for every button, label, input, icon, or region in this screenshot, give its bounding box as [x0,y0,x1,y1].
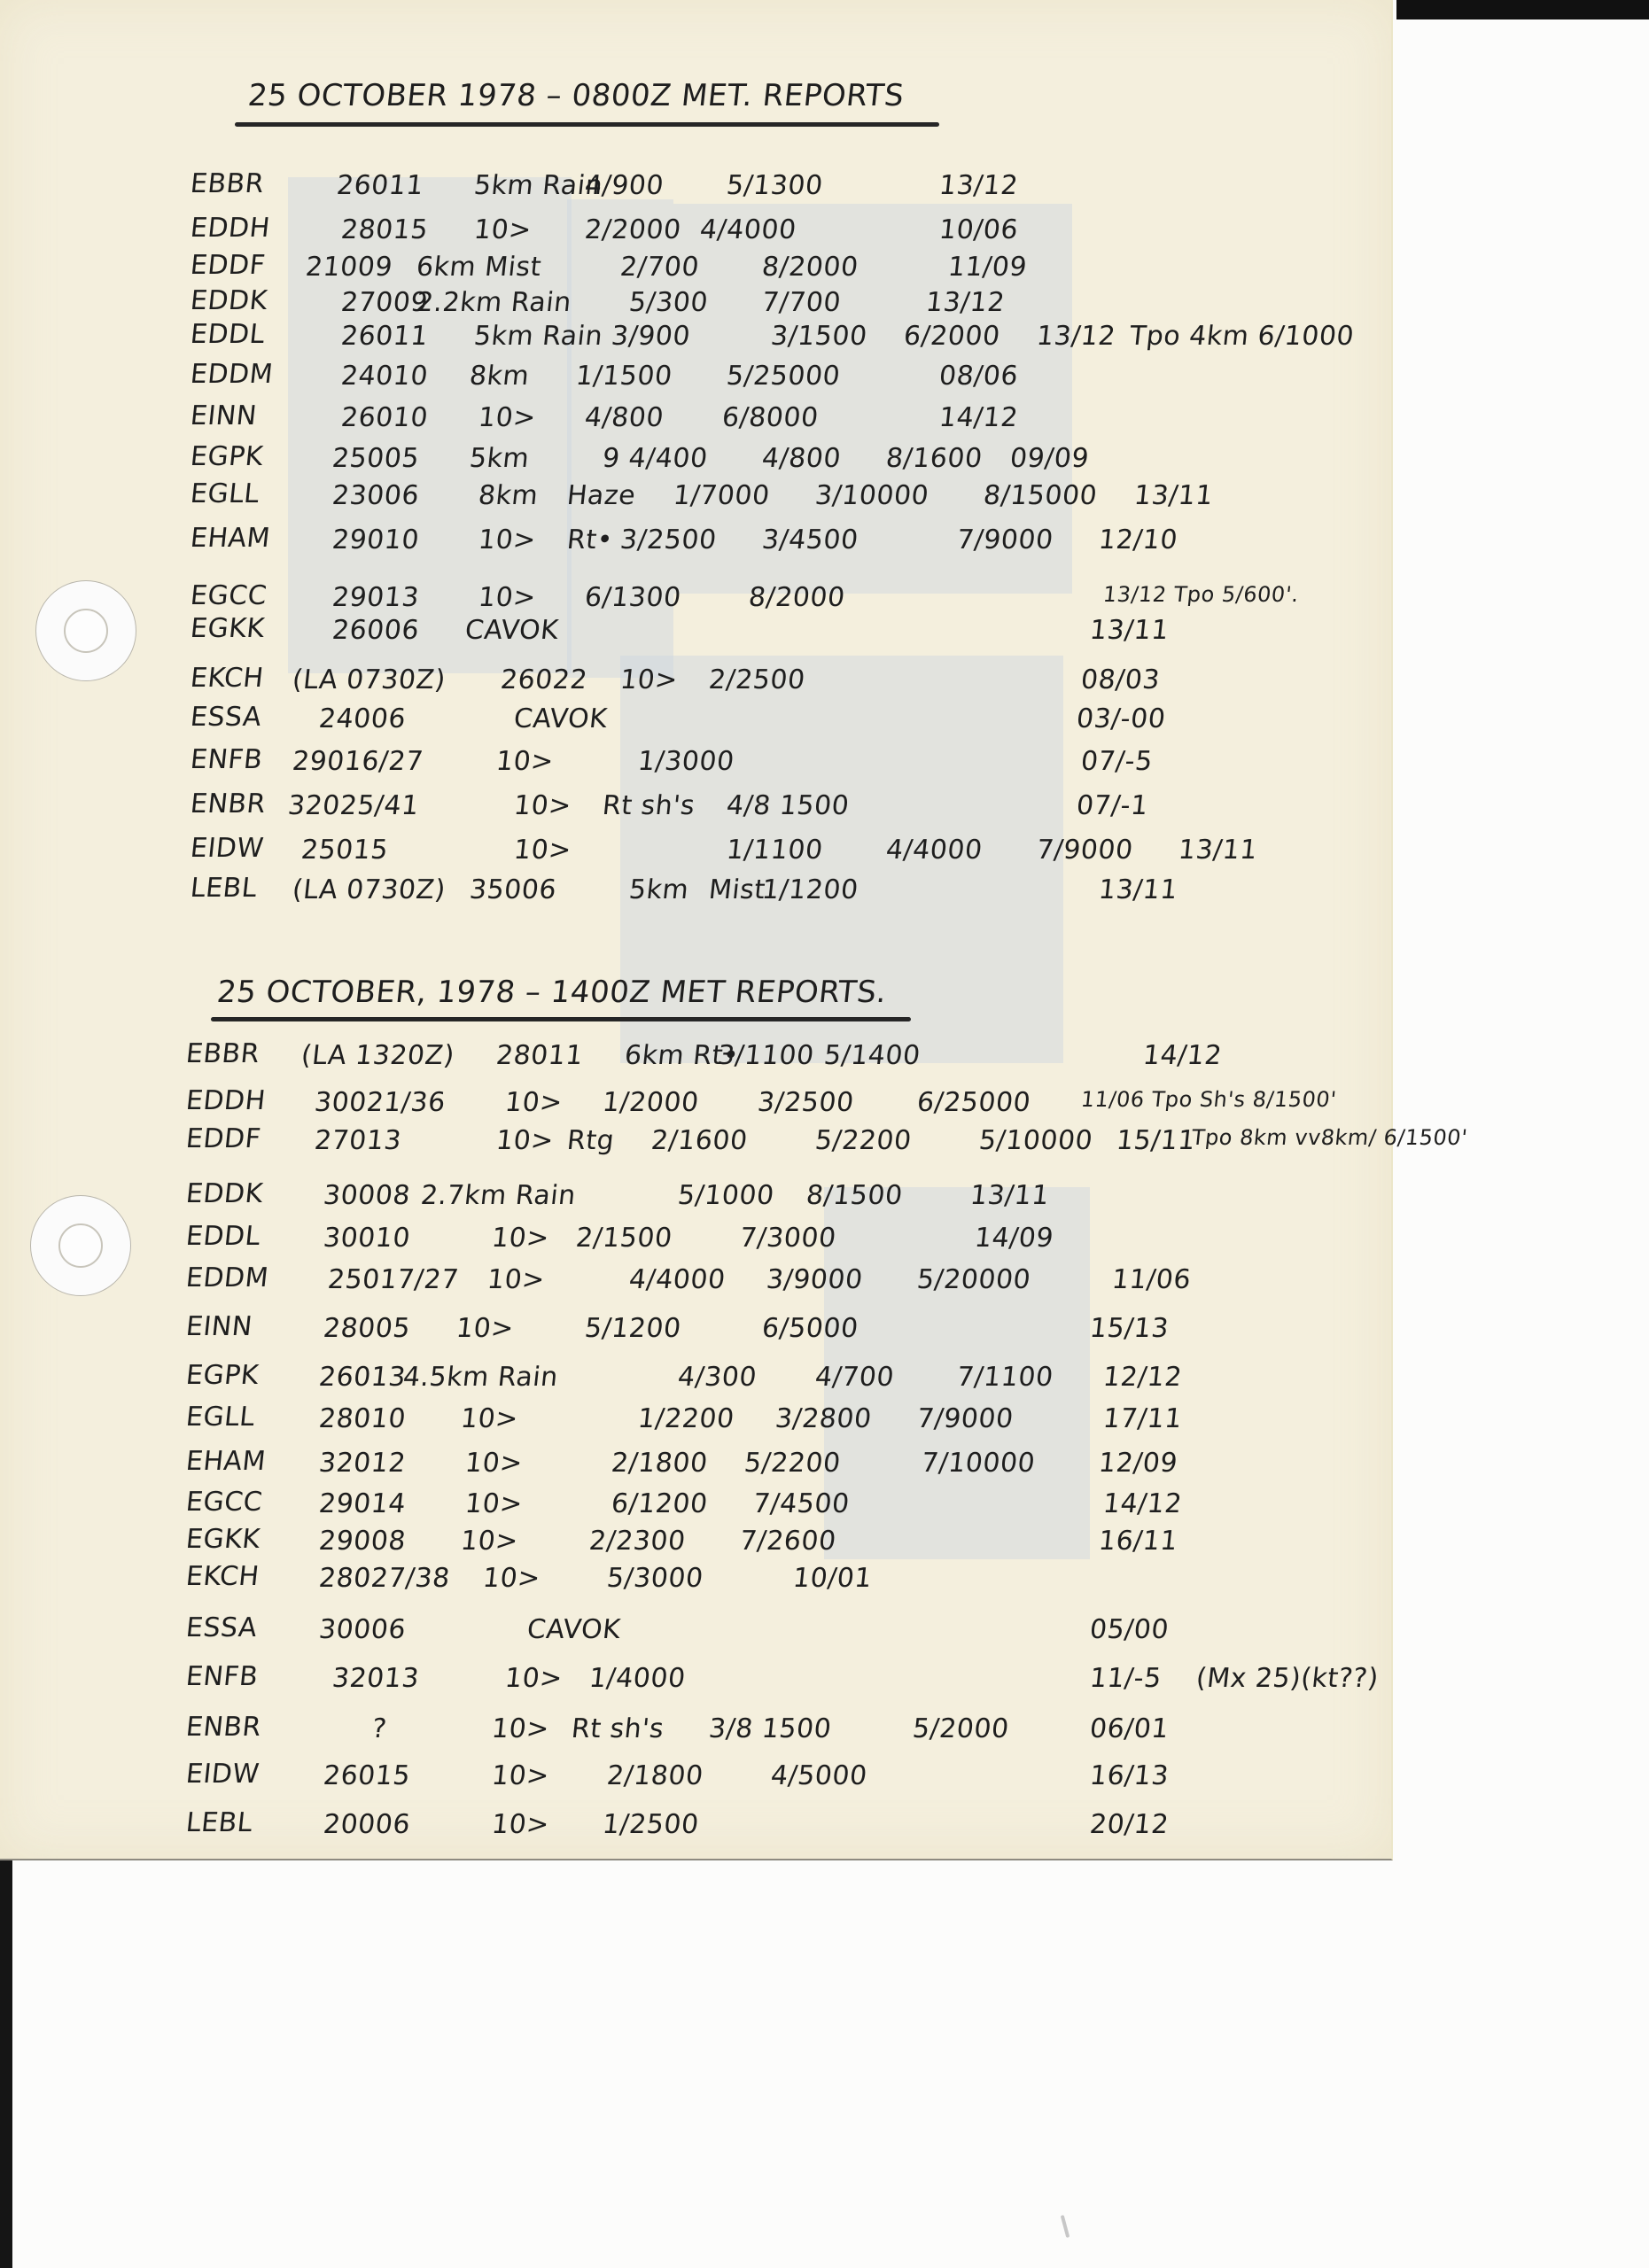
report-cell: 5/1000 [676,1180,775,1211]
report-cell: 17/11 [1101,1403,1184,1434]
station-code: EGLL [189,478,261,509]
report-cell: 06/01 [1088,1713,1171,1744]
station-code: EIDW [189,833,265,864]
station-code: EDDM [184,1262,270,1293]
report-cell: CAVOK [525,1614,622,1645]
report-cell: 11/06 Tpo Sh's 8/1500' [1080,1087,1338,1112]
report-cell: 7/4500 [751,1488,851,1519]
report-cell: 14/12 [1141,1040,1224,1071]
report-cell: Mist [707,874,766,905]
report-cell: 05/00 [1088,1614,1171,1645]
report-cell: (LA 0730Z) [291,664,447,695]
report-cell: 7/9000 [1035,835,1134,866]
report-cell: 1/1500 [574,361,673,392]
report-cell: 25017/27 [326,1264,460,1295]
report-cell: 8km [468,361,531,392]
report-cell: 12/10 [1097,524,1179,555]
report-cell: 1/4000 [587,1663,687,1694]
report-cell: 8/15000 [982,480,1099,511]
station-code: EDDH [184,1085,267,1116]
report-cell: 10> [494,746,555,777]
station-code: EDDK [184,1178,265,1209]
station-code: EINN [184,1311,253,1342]
report-cell: 3/900 [610,321,692,352]
report-cell: 30021/36 [313,1087,447,1118]
report-cell: 10> [459,1526,519,1557]
report-cell: 4/4000 [627,1264,727,1295]
report-cell: 09/09 [1008,443,1091,474]
report-cell: 5km Rain [472,321,604,352]
report-cell: 8/1500 [805,1180,904,1211]
report-cell: 10> [463,1448,524,1479]
report-cell: 11/-5 [1088,1663,1163,1694]
report-cell: 1/7000 [672,480,771,511]
report-cell: 4/4000 [698,214,797,245]
report-cell: 3/2800 [774,1403,873,1434]
report-cell: 2/1600 [649,1125,749,1156]
station-code: ENBR [184,1712,263,1743]
report-cell: 15/11 [1115,1125,1197,1156]
report-cell: 13/11 [968,1180,1051,1211]
report-cell: 14/09 [973,1223,1055,1254]
report-cell: 26006 [331,615,421,646]
report-cell: 7/9000 [955,524,1054,555]
report-cell: 10> [503,1087,564,1118]
report-cell: 2.7km Rain [419,1180,577,1211]
report-cell: ? [370,1713,388,1744]
report-cell: 4/4000 [884,835,984,866]
report-cell: 10/01 [791,1563,874,1594]
station-code: EDDL [184,1221,262,1252]
paper-sheet: 25 OCTOBER 1978 – 0800Z MET. REPORTS EBB… [0,0,1393,1860]
report-cell: 1/1200 [760,874,860,905]
report-cell: 2/2300 [587,1526,687,1557]
report-cell: 13/12 Tpo 5/600'. [1102,582,1301,607]
report-cell: 8/2000 [760,252,860,283]
report-cell: 11/06 [1110,1264,1193,1295]
report-cell: 6km Mist [415,252,543,283]
report-cell: (LA 1320Z) [299,1040,455,1071]
report-cell: 5/25000 [725,361,842,392]
station-code: EGCC [184,1487,264,1518]
report-cell: 27013 [313,1125,403,1156]
report-cell: 2/1800 [605,1760,704,1791]
scanner-top-edge [1396,0,1649,19]
report-cell: 1/2000 [601,1087,700,1118]
report-cell: 10> [512,835,572,866]
report-cell: 3/2500 [618,524,718,555]
station-code: EDDF [189,250,267,281]
report-cell: 32013 [331,1663,421,1694]
report-cell: 4/5000 [769,1760,868,1791]
scanner-left-edge [0,1859,12,2268]
report-cell: 11/09 [946,252,1029,283]
report-cell: 29013 [331,582,421,613]
report-cell: 32012 [317,1448,408,1479]
report-cell: 10> [455,1313,515,1344]
report-cell: 5/1300 [725,170,824,201]
dust-speck [1061,2215,1070,2238]
report-cell: 3/2500 [756,1087,855,1118]
report-cell: 4/800 [583,402,665,433]
report-cell: 6/8000 [720,402,820,433]
report-cell: 4/900 [583,170,665,201]
report-cell: 16/11 [1097,1526,1179,1557]
station-code: EGPK [189,441,265,472]
report-cell: 13/12 [1035,321,1117,352]
report-cell: 5/300 [627,287,710,318]
station-code: EKCH [184,1561,261,1592]
report-cell: 4.5km Rain [401,1362,559,1393]
station-code: EGKK [189,613,266,644]
report-cell: 1/1100 [725,835,824,866]
station-code: EHAM [189,523,272,554]
report-cell: 29014 [317,1488,408,1519]
report-cell: 9 4/400 [601,443,709,474]
report-cell: 4/300 [676,1362,758,1393]
report-cell: 12/09 [1097,1448,1179,1479]
report-cell: 8km [477,480,540,511]
report-cell: 28005 [322,1313,412,1344]
station-code: EDDK [189,285,269,316]
report-cell: 4/8 1500 [725,790,851,821]
report-cell: 6/5000 [760,1313,860,1344]
report-cell: 10> [503,1663,564,1694]
report-cell: 03/-00 [1075,703,1167,734]
report-cell: 14/12 [1101,1488,1184,1519]
station-code: EGCC [189,580,268,611]
report-cell: 16/13 [1088,1760,1171,1791]
report-cell: 2/1500 [574,1223,673,1254]
report-cell: 26013 [317,1362,408,1393]
report-cell: 3/4500 [760,524,860,555]
report-cell: 5/3000 [605,1563,704,1594]
report-cell: 28011 [494,1040,585,1071]
report-cell: 10> [486,1264,546,1295]
report-cell: Rt sh's [601,790,696,821]
report-cell: 2/2500 [707,664,806,695]
report-cell: 10> [472,214,533,245]
report-cell: 28015 [339,214,430,245]
report-cell: 2/700 [618,252,701,283]
report-cell: 10> [459,1403,519,1434]
report-cell: 13/11 [1177,835,1259,866]
report-cell: 10> [477,582,537,613]
report-cell: 24006 [317,703,408,734]
report-cell: Tpo 4km 6/1000 [1128,321,1356,352]
report-cell: 10> [490,1809,550,1840]
report-cell: 25005 [331,443,421,474]
report-cell: 10> [494,1125,555,1156]
station-code: EBBR [184,1038,261,1069]
report-cell: 14/12 [937,402,1020,433]
report-cell: 7/2600 [738,1526,837,1557]
report-cell: 29016/27 [291,746,424,777]
report-cell: 5km [627,874,690,905]
report-cell: 26011 [335,170,425,201]
station-code: EDDM [189,359,275,390]
report-cell: 24010 [339,361,430,392]
station-code: LEBL [184,1807,254,1838]
report-cell: 08/06 [937,361,1020,392]
report-cell: 15/13 [1088,1313,1171,1344]
report-cell: 10> [490,1223,550,1254]
station-code: ESSA [184,1612,259,1643]
report-cell: 3/1100 [716,1040,815,1071]
report-cell: 4/800 [760,443,843,474]
report-cell: 25015 [299,835,390,866]
report-cell: 7/1100 [955,1362,1054,1393]
report-cell: 28027/38 [317,1563,451,1594]
hole-reinforcement-ring [35,580,136,681]
report-cell: 1/3000 [636,746,735,777]
report-cell: 32025/41 [286,790,420,821]
report-cell: 07/-5 [1079,746,1154,777]
report-cell: 12/12 [1101,1362,1184,1393]
station-code: ENFB [189,744,264,775]
report-cell: 13/11 [1132,480,1215,511]
report-cell: 5/10000 [977,1125,1094,1156]
report-cell: 29008 [317,1526,408,1557]
title-underline [235,122,939,127]
report-cell: 28010 [317,1403,408,1434]
block2-title: 25 OCTOBER, 1978 – 1400Z MET REPORTS. [215,975,889,1010]
report-cell: 26010 [339,402,430,433]
station-code: EGPK [184,1360,261,1391]
report-cell: 5/20000 [915,1264,1032,1295]
report-cell: Rtg [565,1125,616,1156]
report-cell: 3/10000 [813,480,930,511]
report-cell: 26015 [322,1760,412,1791]
report-cell: 21009 [304,252,394,283]
report-cell: 08/03 [1079,664,1162,695]
block1-title: 25 OCTOBER 1978 – 0800Z MET. REPORTS [246,78,906,113]
report-cell: 5/2200 [743,1448,842,1479]
report-cell: 3/1500 [769,321,868,352]
report-cell: 5km [468,443,531,474]
report-cell: 07/-1 [1075,790,1149,821]
report-cell: 7/700 [760,287,843,318]
station-code: EHAM [184,1446,268,1477]
report-cell: 5/1200 [583,1313,682,1344]
report-cell: 30008 [322,1180,412,1211]
station-code: EBBR [189,168,266,199]
station-code: EKCH [189,663,265,694]
report-cell: 1/2500 [601,1809,700,1840]
report-cell: 30006 [317,1614,408,1645]
report-cell: 29010 [331,524,421,555]
report-cell: 26022 [499,664,589,695]
report-cell: 10> [490,1760,550,1791]
report-cell: 6/2000 [902,321,1001,352]
station-code: ENFB [184,1661,260,1692]
report-cell: 7/3000 [738,1223,837,1254]
report-cell: 6/1300 [583,582,682,613]
report-cell: 2/1800 [610,1448,709,1479]
report-cell: 7/9000 [915,1403,1015,1434]
report-cell: Rt• [565,524,614,555]
report-cell: 10> [477,402,537,433]
report-cell: 8/2000 [747,582,846,613]
report-cell: (Mx 25)(kt??) [1194,1663,1380,1694]
report-cell: 20006 [322,1809,412,1840]
report-cell: 23006 [331,480,421,511]
station-code: EGLL [184,1402,256,1433]
station-code: EINN [189,400,258,431]
report-cell: 20/12 [1088,1809,1171,1840]
report-cell: 10> [463,1488,524,1519]
report-cell: 7/10000 [920,1448,1037,1479]
report-cell: 13/11 [1097,874,1179,905]
station-code: EDDF [184,1123,262,1154]
title-underline [211,1017,911,1021]
hole-reinforcement-ring [30,1195,131,1296]
report-cell: 13/11 [1088,615,1171,646]
report-cell: 3/9000 [765,1264,864,1295]
report-cell: 5/1400 [822,1040,922,1071]
report-cell: 10> [477,524,537,555]
report-cell: 26011 [339,321,430,352]
report-cell: 4/700 [813,1362,896,1393]
report-cell: Rt sh's [570,1713,665,1744]
report-cell: 5/2000 [911,1713,1010,1744]
report-cell: 6/25000 [915,1087,1032,1118]
report-cell: 13/12 [924,287,1007,318]
report-cell: 3/8 1500 [707,1713,833,1744]
report-cell: 6/1200 [610,1488,709,1519]
report-cell: 10> [618,664,679,695]
station-code: ENBR [189,788,268,819]
report-cell: 5/2200 [813,1125,913,1156]
station-code: EIDW [184,1759,261,1790]
report-cell: CAVOK [463,615,560,646]
station-code: EDDL [189,319,267,350]
report-cell: Tpo 8km vv8km/ 6/1500' [1191,1125,1469,1150]
report-cell: 10> [490,1713,550,1744]
report-cell: 13/12 [937,170,1020,201]
station-code: EDDH [189,213,271,244]
report-cell: 10/06 [937,214,1020,245]
station-code: ESSA [189,702,263,733]
report-cell: (LA 0730Z) [291,874,447,905]
report-cell: Haze [565,480,637,511]
report-cell: 2/2000 [583,214,682,245]
report-cell: 10> [512,790,572,821]
station-code: EGKK [184,1524,261,1555]
report-cell: 35006 [468,874,558,905]
report-cell: 2.2km Rain [415,287,572,318]
report-cell: 30010 [322,1223,412,1254]
report-cell: CAVOK [512,703,609,734]
report-cell: 10> [481,1563,541,1594]
station-code: LEBL [189,873,259,904]
report-cell: 8/1600 [884,443,984,474]
report-cell: 1/2200 [636,1403,735,1434]
